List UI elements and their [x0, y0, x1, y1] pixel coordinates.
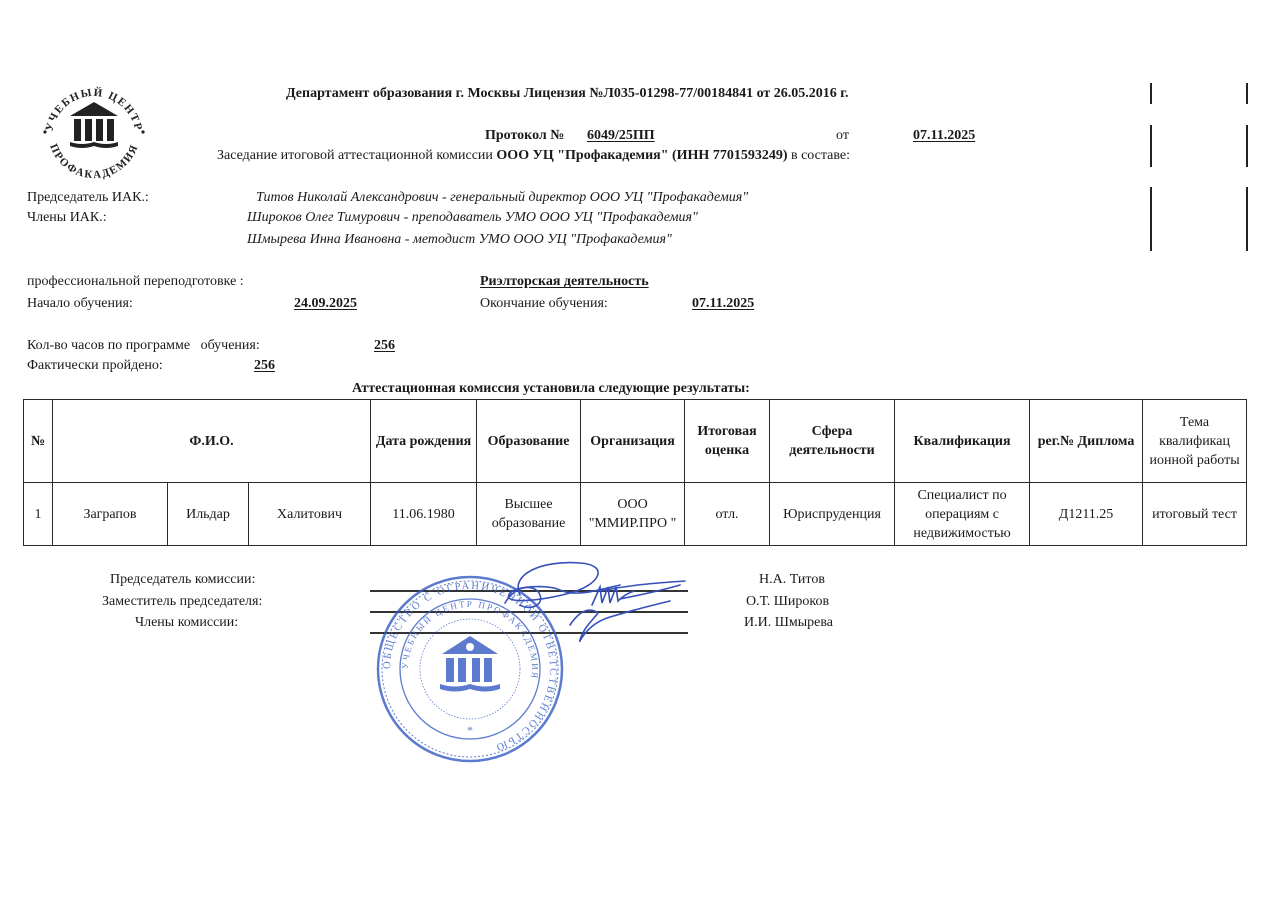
col-education: Образование	[477, 400, 581, 483]
results-title: Аттестационная комиссия установила следу…	[352, 381, 750, 397]
member-1: Широков Олег Тимурович - преподаватель У…	[247, 210, 698, 226]
svg-text:*: *	[467, 723, 473, 737]
session-suffix: в составе:	[787, 148, 850, 163]
col-num: №	[24, 400, 53, 483]
protocol-from-label: от	[836, 128, 849, 144]
end-date: 07.11.2025	[692, 296, 754, 312]
sign-name-chairman: Н.А. Титов	[759, 572, 825, 588]
start-date: 24.09.2025	[294, 296, 357, 312]
svg-text:ПРОФАКАДЕМИЯ: ПРОФАКАДЕМИЯ	[47, 142, 141, 180]
cell-topic: итоговый тест	[1143, 483, 1247, 546]
program-type-label: профессиональной переподготовке :	[27, 274, 244, 290]
protocol-date: 07.11.2025	[913, 128, 975, 144]
signature-scribble-icon	[480, 555, 690, 655]
session-prefix: Заседание итоговой аттестационной комисс…	[217, 148, 496, 163]
license-line: Департамент образования г. Москвы Лиценз…	[286, 86, 849, 102]
cell-organization: ООО "ММИР.ПРО "	[581, 483, 685, 546]
program-name: Риэлторская деятельность	[480, 274, 649, 290]
col-birth: Дата рождения	[371, 400, 477, 483]
handwritten-signature	[480, 555, 690, 655]
margin-mark	[1150, 125, 1152, 167]
table-header-row: № Ф.И.О. Дата рождения Образование Орган…	[24, 400, 1247, 483]
margin-mark	[1150, 83, 1152, 104]
cell-education: Высшее образование	[477, 483, 581, 546]
protocol-label: Протокол №	[485, 128, 564, 144]
session-line: Заседание итоговой аттестационной комисс…	[217, 148, 850, 164]
completed-value: 256	[254, 358, 275, 374]
sign-role-deputy: Заместитель председателя:	[102, 594, 262, 610]
cell-grade: отл.	[685, 483, 770, 546]
margin-mark	[1246, 83, 1248, 104]
hours-value: 256	[374, 338, 395, 354]
margin-mark	[1246, 187, 1248, 251]
cell-sphere: Юриспруденция	[770, 483, 895, 546]
col-topic: Тема квалификац ионной работы	[1143, 400, 1247, 483]
cell-diploma: Д1211.25	[1030, 483, 1143, 546]
member-2: Шмырева Инна Ивановна - методист УМО ООО…	[247, 232, 672, 248]
protocol-number: 6049/25ПП	[587, 128, 655, 144]
cell-first-name: Ильдар	[168, 483, 249, 546]
members-label: Члены ИАК.:	[27, 210, 107, 226]
hours-label: Кол-во часов по программе обучения:	[27, 338, 260, 354]
cell-last-name: Заграпов	[53, 483, 168, 546]
start-label: Начало обучения:	[27, 296, 133, 312]
col-grade: Итоговая оценка	[685, 400, 770, 483]
end-label: Окончание обучения:	[480, 296, 608, 312]
results-table: № Ф.И.О. Дата рождения Образование Орган…	[23, 399, 1247, 546]
chairman-label: Председатель ИАК.:	[27, 190, 149, 206]
cell-num: 1	[24, 483, 53, 546]
completed-label: Фактически пройдено:	[27, 358, 163, 374]
cell-birth: 11.06.1980	[371, 483, 477, 546]
col-qualification: Квалификация	[895, 400, 1030, 483]
session-org: ООО УЦ "Профакадемия" (ИНН 7701593249)	[496, 148, 787, 163]
col-fio: Ф.И.О.	[53, 400, 371, 483]
cell-patronymic: Халитович	[249, 483, 371, 546]
chairman-name: Титов Николай Александрович - генеральны…	[256, 190, 748, 206]
col-organization: Организация	[581, 400, 685, 483]
sign-role-chairman: Председатель комиссии:	[110, 572, 255, 588]
cell-qualification: Специалист по операциям с недвижимостью	[895, 483, 1030, 546]
col-diploma: рег.№ Диплома	[1030, 400, 1143, 483]
col-sphere: Сфера деятельности	[770, 400, 895, 483]
margin-mark	[1246, 125, 1248, 167]
margin-mark	[1150, 187, 1152, 251]
sign-name-members: И.И. Шмырева	[744, 615, 833, 631]
table-row: 1 Заграпов Ильдар Халитович 11.06.1980 В…	[24, 483, 1247, 546]
sign-role-members: Члены комиссии:	[135, 615, 238, 631]
building-columns-icon: УЧЕБНЫЙ ЦЕНТР ПРОФАКАДЕМИЯ	[34, 80, 154, 180]
sign-name-deputy: О.Т. Широков	[746, 594, 829, 610]
training-center-logo: УЧЕБНЫЙ ЦЕНТР ПРОФАКАДЕМИЯ	[34, 80, 154, 180]
